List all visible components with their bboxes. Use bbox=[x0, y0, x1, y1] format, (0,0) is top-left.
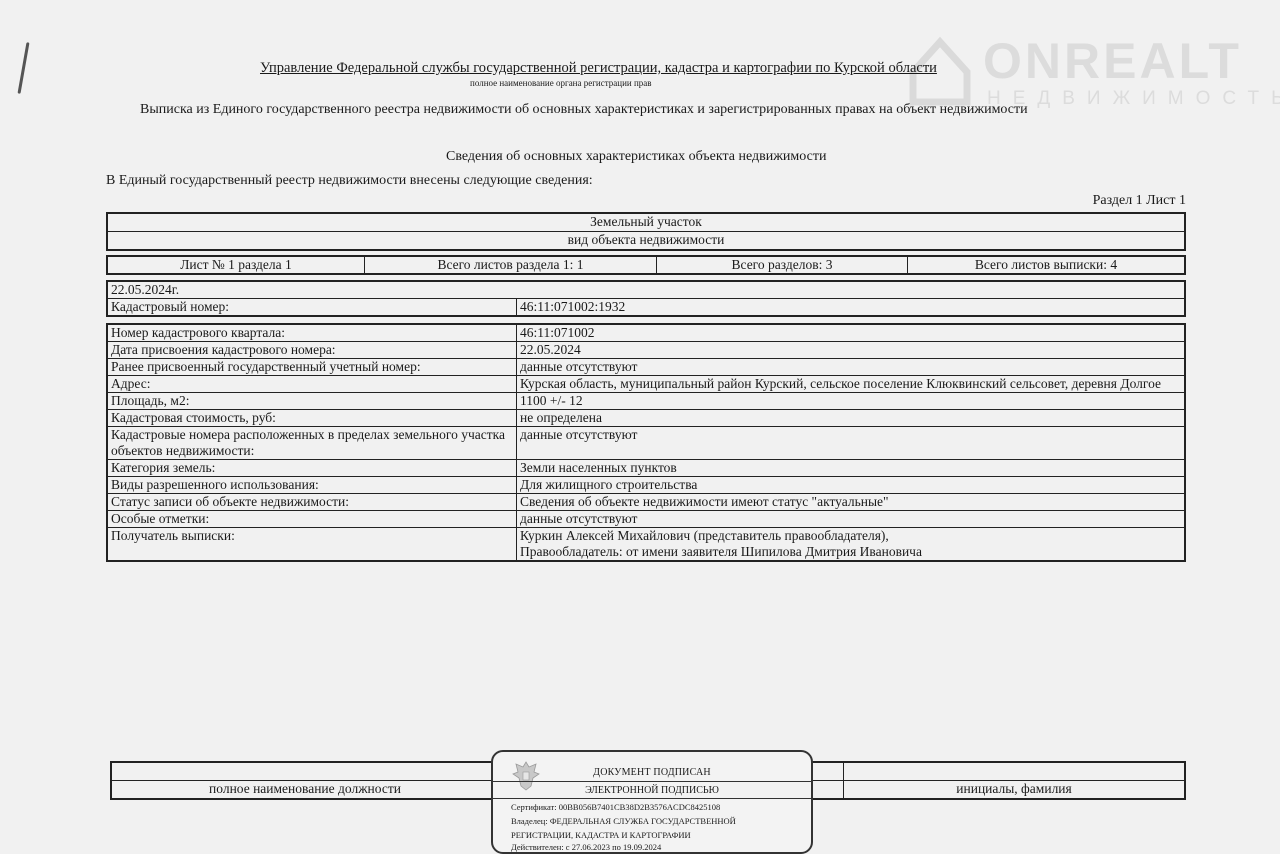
object-type-table: Земельный участок вид объекта недвижимос… bbox=[106, 212, 1186, 251]
detail-row: Дата присвоения кадастрового номера:22.0… bbox=[107, 342, 1185, 359]
watermark-subtitle: НЕДВИЖИМОСТЬ bbox=[987, 88, 1280, 110]
watermark-brand: ONREALT bbox=[983, 32, 1242, 90]
sheet-number: Лист № 1 раздела 1 bbox=[107, 256, 365, 274]
detail-label: Адрес: bbox=[107, 376, 517, 393]
name-caption: инициалы, фамилия bbox=[844, 781, 1186, 800]
detail-label: Дата присвоения кадастрового номера: bbox=[107, 342, 517, 359]
stamp-line2: ЭЛЕКТРОННОЙ ПОДПИСЬЮ bbox=[493, 785, 811, 796]
detail-value: Куркин Алексей Михайлович (представитель… bbox=[517, 528, 1186, 562]
electronic-signature-stamp: ДОКУМЕНТ ПОДПИСАН ЭЛЕКТРОННОЙ ПОДПИСЬЮ С… bbox=[491, 750, 813, 854]
cadastral-number-label: Кадастровый номер: bbox=[107, 299, 517, 317]
detail-value: Для жилищного строительства bbox=[517, 477, 1186, 494]
detail-label: Номер кадастрового квартала: bbox=[107, 324, 517, 342]
detail-label: Особые отметки: bbox=[107, 511, 517, 528]
stamp-certificate: Сертификат: 00BB056B7401CB38D2B3576ACDC8… bbox=[511, 802, 720, 812]
sheet-reference: Раздел 1 Лист 1 bbox=[1093, 193, 1186, 209]
authority-caption: полное наименование органа регистрации п… bbox=[470, 78, 652, 88]
detail-row: Статус записи об объекте недвижимости:Св… bbox=[107, 494, 1185, 511]
detail-label: Виды разрешенного использования: bbox=[107, 477, 517, 494]
detail-value: данные отсутствуют bbox=[517, 427, 1186, 460]
detail-row: Номер кадастрового квартала:46:11:071002 bbox=[107, 324, 1185, 342]
section-title: Сведения об основных характеристиках объ… bbox=[446, 149, 826, 165]
detail-row: Особые отметки:данные отсутствуют bbox=[107, 511, 1185, 528]
authority-name: Управление Федеральной службы государств… bbox=[260, 60, 937, 77]
detail-value: Земли населенных пунктов bbox=[517, 460, 1186, 477]
detail-row: Категория земель:Земли населенных пункто… bbox=[107, 460, 1185, 477]
extract-sheet-count: Всего листов выписки: 4 bbox=[908, 256, 1186, 274]
cadastral-number-value: 46:11:071002:1932 bbox=[517, 299, 1186, 317]
detail-row: Виды разрешенного использования:Для жили… bbox=[107, 477, 1185, 494]
detail-row: Получатель выписки:Куркин Алексей Михайл… bbox=[107, 528, 1185, 562]
detail-label: Статус записи об объекте недвижимости: bbox=[107, 494, 517, 511]
detail-label: Ранее присвоенный государственный учетны… bbox=[107, 359, 517, 376]
pen-mark bbox=[18, 42, 30, 94]
pages-table: Лист № 1 раздела 1 Всего листов раздела … bbox=[106, 255, 1186, 275]
date-table: 22.05.2024г. Кадастровый номер: 46:11:07… bbox=[106, 280, 1186, 317]
object-type-caption: вид объекта недвижимости bbox=[107, 232, 1185, 251]
details-table: Номер кадастрового квартала:46:11:071002… bbox=[106, 323, 1186, 562]
detail-label: Кадастровые номера расположенных в преде… bbox=[107, 427, 517, 460]
detail-label: Кадастровая стоимость, руб: bbox=[107, 410, 517, 427]
watermark: ONREALT НЕДВИЖИМОСТЬ bbox=[905, 22, 1265, 112]
detail-value: Сведения об объекте недвижимости имеют с… bbox=[517, 494, 1186, 511]
detail-value: Курская область, муниципальный район Кур… bbox=[517, 376, 1186, 393]
section-count: Всего разделов: 3 bbox=[657, 256, 908, 274]
detail-value: 22.05.2024 bbox=[517, 342, 1186, 359]
section-sheet-count: Всего листов раздела 1: 1 bbox=[365, 256, 657, 274]
detail-label: Получатель выписки: bbox=[107, 528, 517, 562]
detail-row: Адрес:Курская область, муниципальный рай… bbox=[107, 376, 1185, 393]
detail-row: Ранее присвоенный государственный учетны… bbox=[107, 359, 1185, 376]
detail-value: данные отсутствуют bbox=[517, 511, 1186, 528]
stamp-line1: ДОКУМЕНТ ПОДПИСАН bbox=[493, 767, 811, 778]
stamp-owner-line2: РЕГИСТРАЦИИ, КАДАСТРА И КАРТОГРАФИИ bbox=[511, 830, 691, 840]
extract-date: 22.05.2024г. bbox=[107, 281, 1185, 299]
detail-label: Категория земель: bbox=[107, 460, 517, 477]
detail-row: Площадь, м2:1100 +/- 12 bbox=[107, 393, 1185, 410]
detail-row: Кадастровые номера расположенных в преде… bbox=[107, 427, 1185, 460]
detail-value: 1100 +/- 12 bbox=[517, 393, 1186, 410]
detail-value: не определена bbox=[517, 410, 1186, 427]
stamp-validity: Действителен: с 27.06.2023 по 19.09.2024 bbox=[511, 842, 661, 852]
intro-text: В Единый государственный реестр недвижим… bbox=[106, 173, 593, 189]
position-caption: полное наименование должности bbox=[111, 781, 499, 800]
detail-label: Площадь, м2: bbox=[107, 393, 517, 410]
object-type: Земельный участок bbox=[107, 213, 1185, 232]
detail-value: 46:11:071002 bbox=[517, 324, 1186, 342]
stamp-owner-line1: Владелец: ФЕДЕРАЛЬНАЯ СЛУЖБА ГОСУДАРСТВЕ… bbox=[511, 816, 736, 826]
extract-title: Выписка из Единого государственного реес… bbox=[140, 102, 1028, 118]
detail-value: данные отсутствуют bbox=[517, 359, 1186, 376]
detail-row: Кадастровая стоимость, руб:не определена bbox=[107, 410, 1185, 427]
